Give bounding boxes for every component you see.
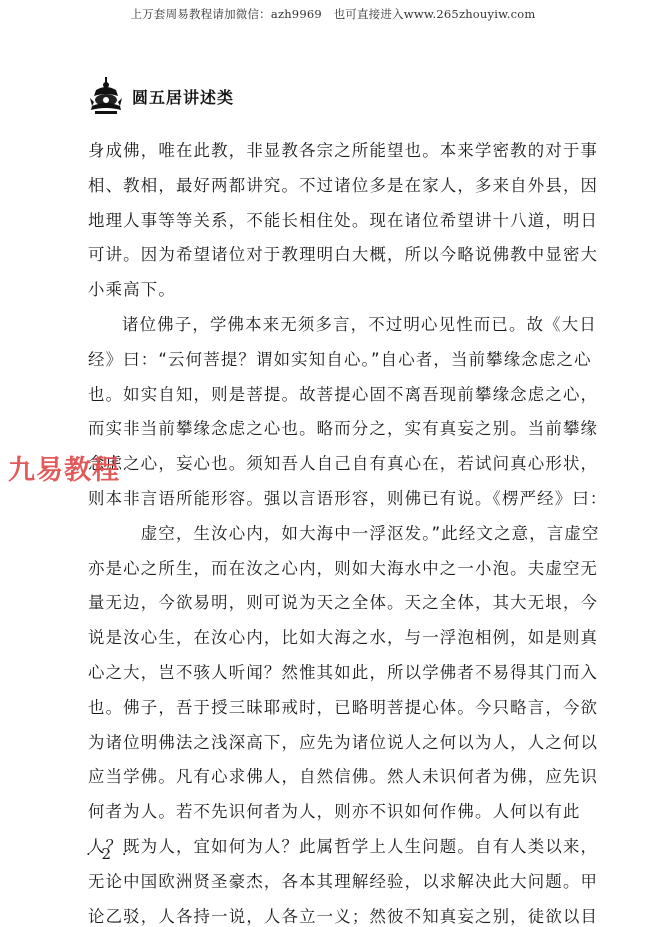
text-line: 人？既为人，宜如何为人？此属哲学上人生问题。自有人类以来，	[88, 830, 584, 865]
text-line: 量无边，今欲易明，则可说为天之全体。天之全体，其大无垠，今	[88, 586, 584, 621]
text-line: 无论中国欧洲贤圣豪杰，各本其理解经验，以求解决此大问题。甲	[88, 865, 584, 900]
text-line: 心之大，岂不骇人听闻？然惟其如此，所以学佛者不易得其门而入	[88, 656, 584, 691]
text-line: 虚空，生汝心内，如大海中一浮沤发。”此经文之意，言虚空	[88, 517, 584, 552]
text-line: 何者为人。若不先识何者为人，则亦不识如何作佛。人何以有此	[88, 795, 584, 830]
stamp-watermark: 九易教程	[8, 448, 120, 487]
text-line: 经》曰：“云何菩提？谓如实知自心。”自心者，当前攀缘念虑之心	[88, 343, 584, 378]
text-line: 亦是心之所生，而在汝之心内，则如大海水中之一小泡。夫虚空无	[88, 552, 584, 587]
text-line: 相、教相，最好两都讲究。不过诸位多是在家人，多来自外县，因	[88, 169, 584, 204]
text-line: 也。佛子，吾于授三昧耶戒时，已略明菩提心体。今只略言，今欲	[88, 691, 584, 726]
text-line: 诸位佛子，学佛本来无须多言，不过明心见性而已。故《大日	[88, 308, 584, 343]
page-header: 圆五居讲述类	[88, 76, 234, 116]
text-line: 念虑之心，妄心也。须知吾人自己自有真心在，若试问真心形状，	[88, 447, 584, 482]
dharma-emblem-icon	[88, 76, 124, 116]
text-line: 也。如实自知，则是菩提。故菩提心固不离吾现前攀缘念虑之心，	[88, 378, 584, 413]
text-line: 说是汝心生，在汝心内，比如大海之水，与一浮泡相例，如是则真	[88, 621, 584, 656]
text-line: 则本非言语所能形容。强以言语形容，则佛已有说。《楞严经》曰：	[88, 482, 584, 517]
text-line: 应当学佛。凡有心求佛人，自然信佛。然人未识何者为佛，应先识	[88, 760, 584, 795]
text-line: 为诸位明佛法之浅深高下，应先为诸位说人之何以为人，人之何以	[88, 726, 584, 761]
top-watermark: 上万套周易教程请加微信：azh9969 也可直接进入www.265zhouyiw…	[0, 6, 666, 22]
text-line: 地理人事等等关系，不能长相住处。现在诸位希望讲十八道，明日	[88, 204, 584, 239]
text-line: 小乘高下。	[88, 273, 584, 308]
text-line: 而实非当前攀缘念虑之心也。略而分之，实有真妄之别。当前攀缘	[88, 412, 584, 447]
text-line: 论乙驳，人各持一说，人各立一义；然彼不知真妄之别，徒欲以目	[88, 900, 584, 927]
text-line: 身成佛，唯在此教，非显教各宗之所能望也。本来学密教的对于事	[88, 134, 584, 169]
body-text: 身成佛，唯在此教，非显教各宗之所能望也。本来学密教的对于事 相、教相，最好两都讲…	[88, 134, 584, 927]
section-title: 圆五居讲述类	[132, 85, 234, 108]
page-number: · 2 ·	[86, 845, 130, 863]
text-line: 可讲。因为希望诸位对于教理明白大概，所以今略说佛教中显密大	[88, 238, 584, 273]
